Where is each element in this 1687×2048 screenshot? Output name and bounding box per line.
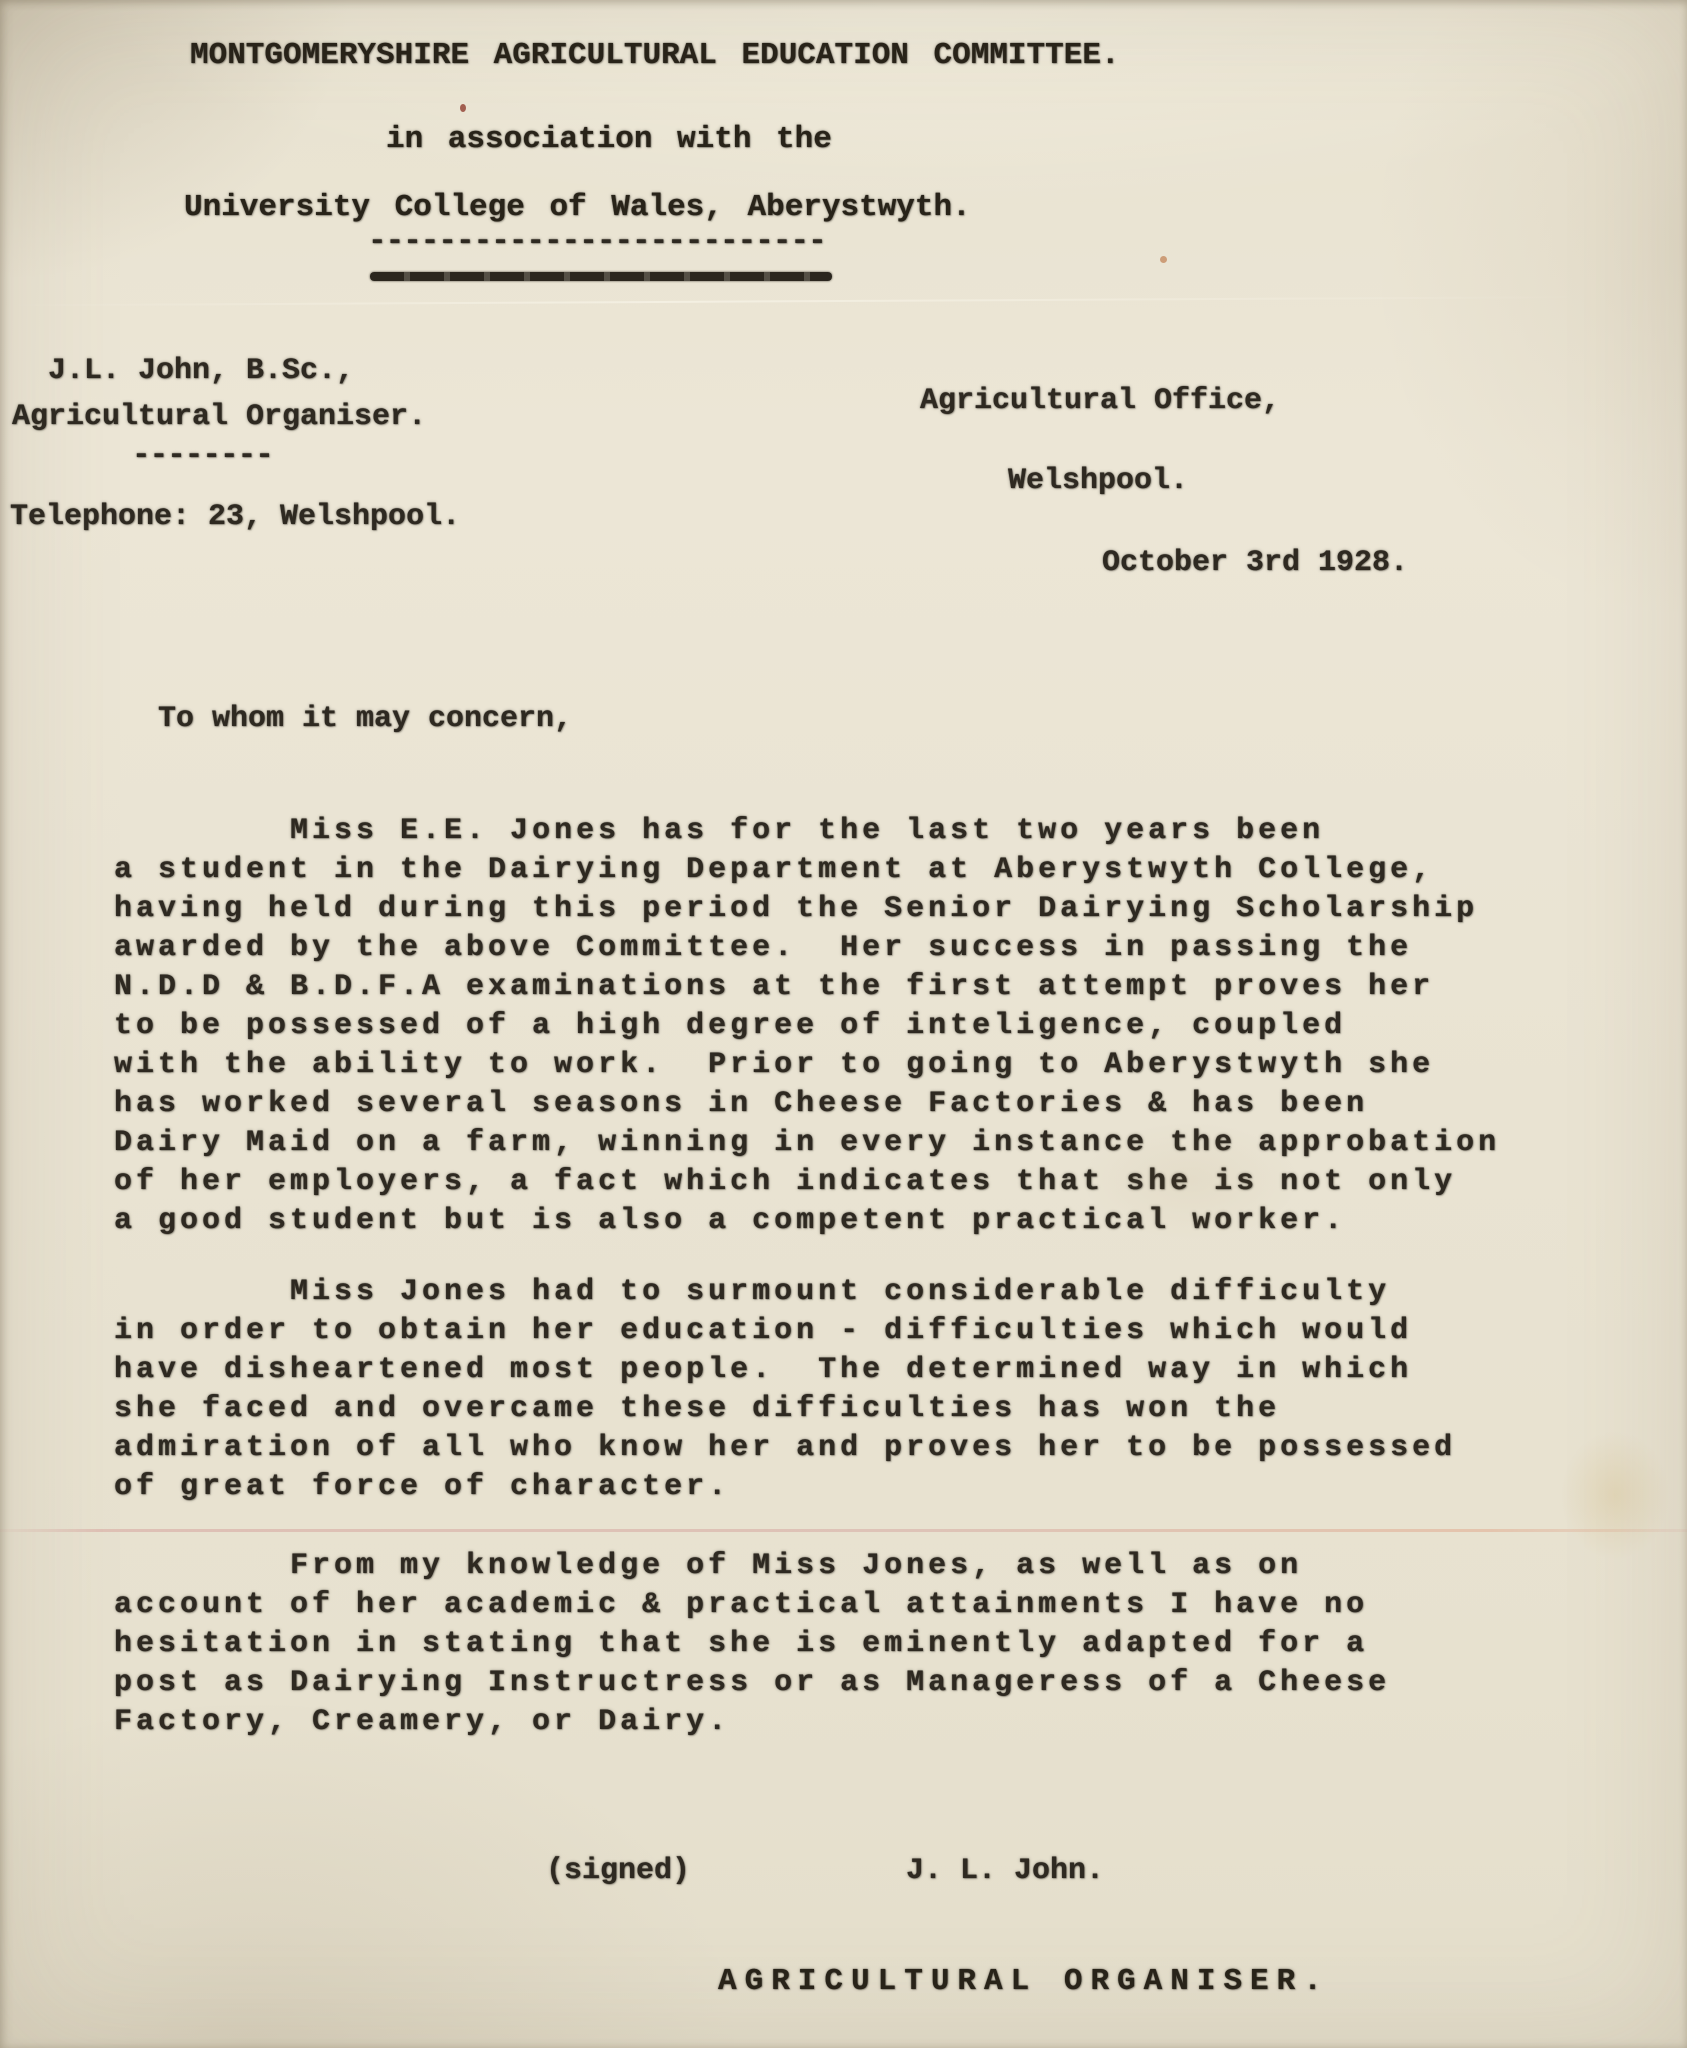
- letterhead-dashed-rule: --------------------------: [368, 222, 826, 261]
- office-address-line2: Welshpool.: [1008, 462, 1188, 501]
- letter-scan: MONTGOMERYSHIRE AGRICULTURAL EDUCATION C…: [0, 0, 1687, 2048]
- sender-telephone: Telephone: 23, Welshpool.: [10, 498, 460, 537]
- letterhead-association-line: in association with the: [386, 120, 832, 159]
- paper-crease-light: [0, 296, 1687, 307]
- signature-signed-label: (signed): [546, 1852, 690, 1891]
- salutation: To whom it may concern,: [158, 700, 572, 739]
- sender-name: J.L. John, B.Sc.,: [48, 352, 354, 391]
- body-paragraph-3: From my knowledge of Miss Jones, as well…: [114, 1547, 1614, 1742]
- signature-name: J. L. John.: [906, 1852, 1104, 1891]
- letterhead-committee-title: MONTGOMERYSHIRE AGRICULTURAL EDUCATION C…: [190, 36, 1120, 75]
- paper-crease-fold-line: [0, 1529, 1687, 1532]
- body-paragraph-2: Miss Jones had to surmount considerable …: [114, 1273, 1614, 1507]
- office-address-line1: Agricultural Office,: [920, 382, 1280, 421]
- letterhead-solid-rule: [370, 272, 832, 281]
- paper-stain-red-fleck: [460, 104, 466, 112]
- sender-role: Agricultural Organiser.: [12, 398, 426, 437]
- sender-dashed-rule: --------: [132, 436, 273, 475]
- signature-role: AGRICULTURAL ORGANISER.: [718, 1962, 1330, 2001]
- paper-stain-orange-fleck: [1160, 256, 1167, 263]
- letter-date: October 3rd 1928.: [1102, 544, 1408, 583]
- body-paragraph-1: Miss E.E. Jones has for the last two yea…: [114, 812, 1614, 1241]
